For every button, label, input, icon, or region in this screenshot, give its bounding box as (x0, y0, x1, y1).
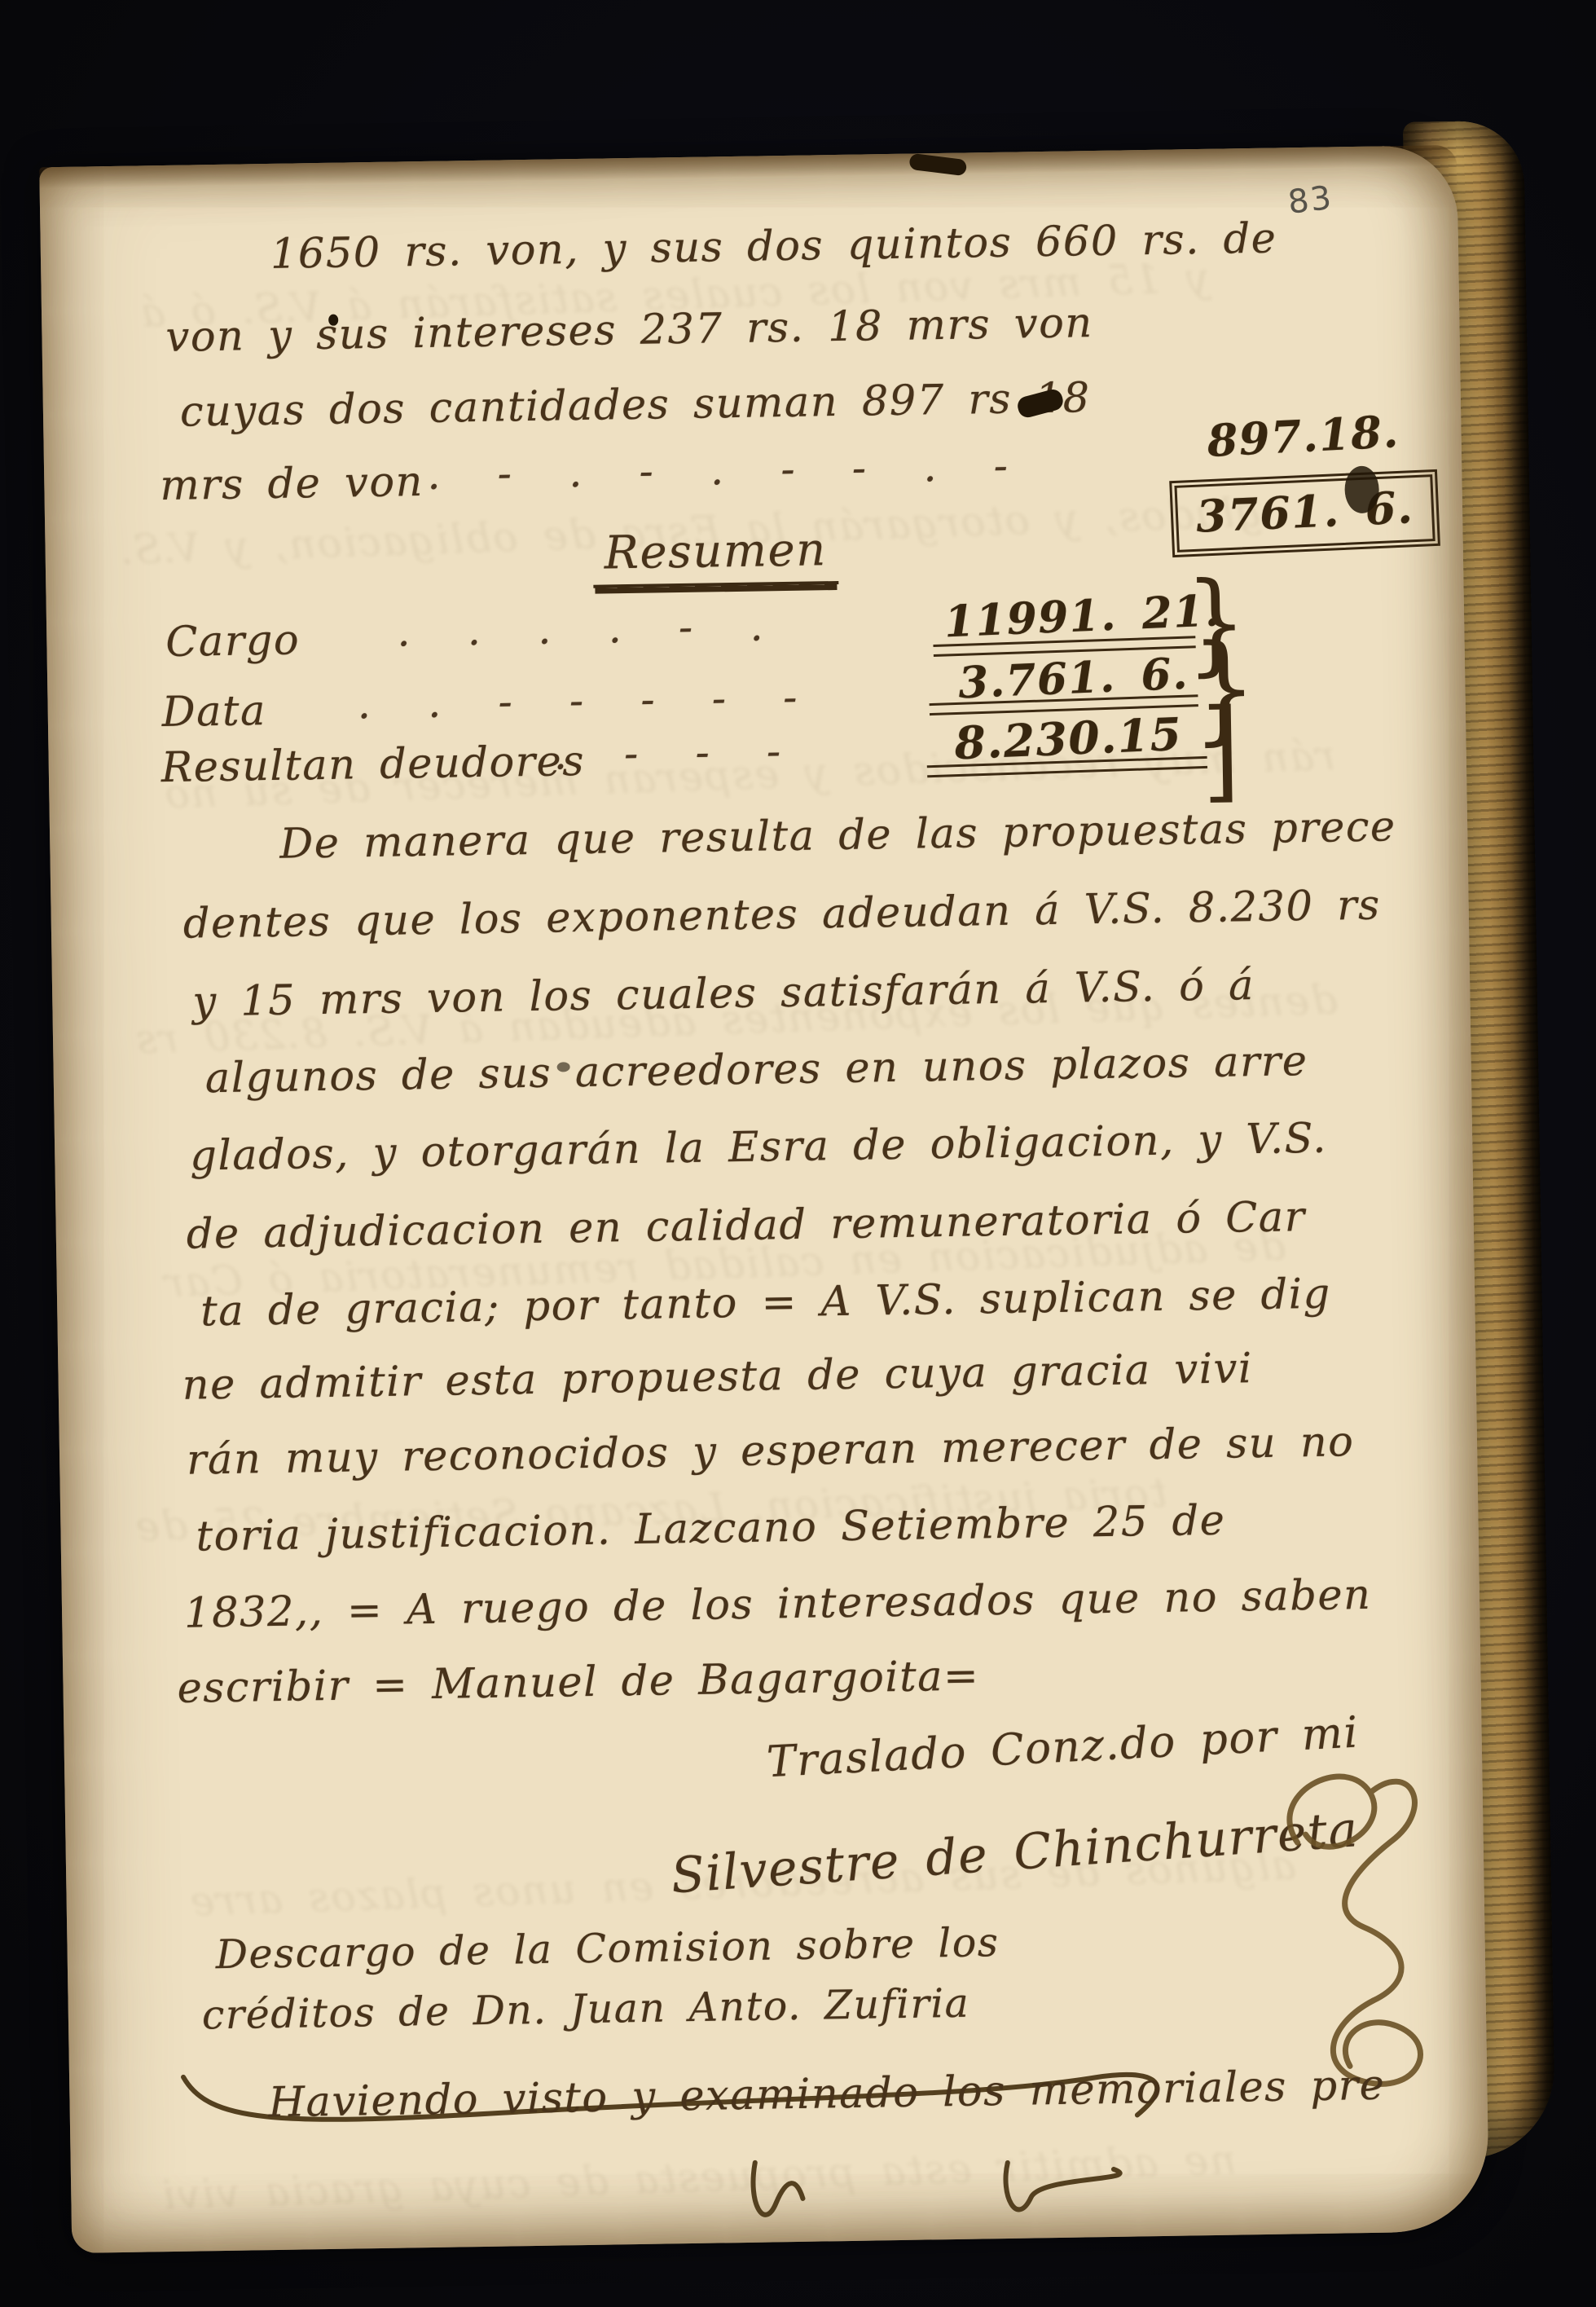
body-line: ne admitir esta propuesta de cuya gracia… (182, 1345, 1253, 1410)
leader-dashes: . . - - - - - (357, 674, 809, 729)
body-line: De manera que resulta de las propuestas … (279, 803, 1396, 869)
leader-dashes: . - - - (553, 728, 792, 780)
rubric-flourish-icon (1247, 1743, 1449, 2105)
body-line: escribir = Manuel de Bagargoita= (177, 1652, 980, 1712)
resumen-title: Resumen (592, 523, 838, 580)
summary-row-label: Cargo (165, 616, 301, 667)
flourish-icon (625, 2148, 1148, 2246)
ink-speck (908, 153, 967, 176)
leader-dashes: . . . . - . (397, 602, 775, 656)
body-line: dentes que los exponentes adeudan á V.S.… (182, 882, 1381, 949)
photo-background: y 15 mrs von los cuales satisfarán á V.S… (0, 0, 1596, 2307)
folio-number: 83 (1286, 179, 1334, 222)
summary-row-label: Resultan deudores (160, 737, 585, 792)
bracket-mark: ] (1201, 685, 1241, 814)
manuscript-line: cuyas dos cantidades suman 897 rs 18 (179, 374, 1090, 437)
body-line: 1832,, = A ruego de los interesados que … (184, 1571, 1372, 1638)
sum-value: 897.18. (1206, 405, 1400, 467)
boxed-total: 3761. 6. (1169, 469, 1440, 557)
section-heading-line: Descargo de la Comision sobre los (215, 1919, 1000, 1978)
manuscript-line: mrs de von (160, 458, 424, 510)
ink-speck (328, 315, 338, 326)
resumen-title-text: Resumen (592, 523, 838, 588)
body-line: rán muy reconocidos y esperan merecer de… (187, 1418, 1355, 1485)
leader-dashes: . - . - . - - . - (427, 442, 1020, 499)
section-heading-line: créditos de Dn. Juan Anto. Zufiria (201, 1980, 969, 2039)
summary-row-label: Data (161, 687, 266, 737)
manuscript-page: y 15 mrs von los cuales satisfarán á V.S… (39, 145, 1489, 2253)
body-line: glados, y otorgarán la Esra de obligacio… (190, 1115, 1328, 1181)
